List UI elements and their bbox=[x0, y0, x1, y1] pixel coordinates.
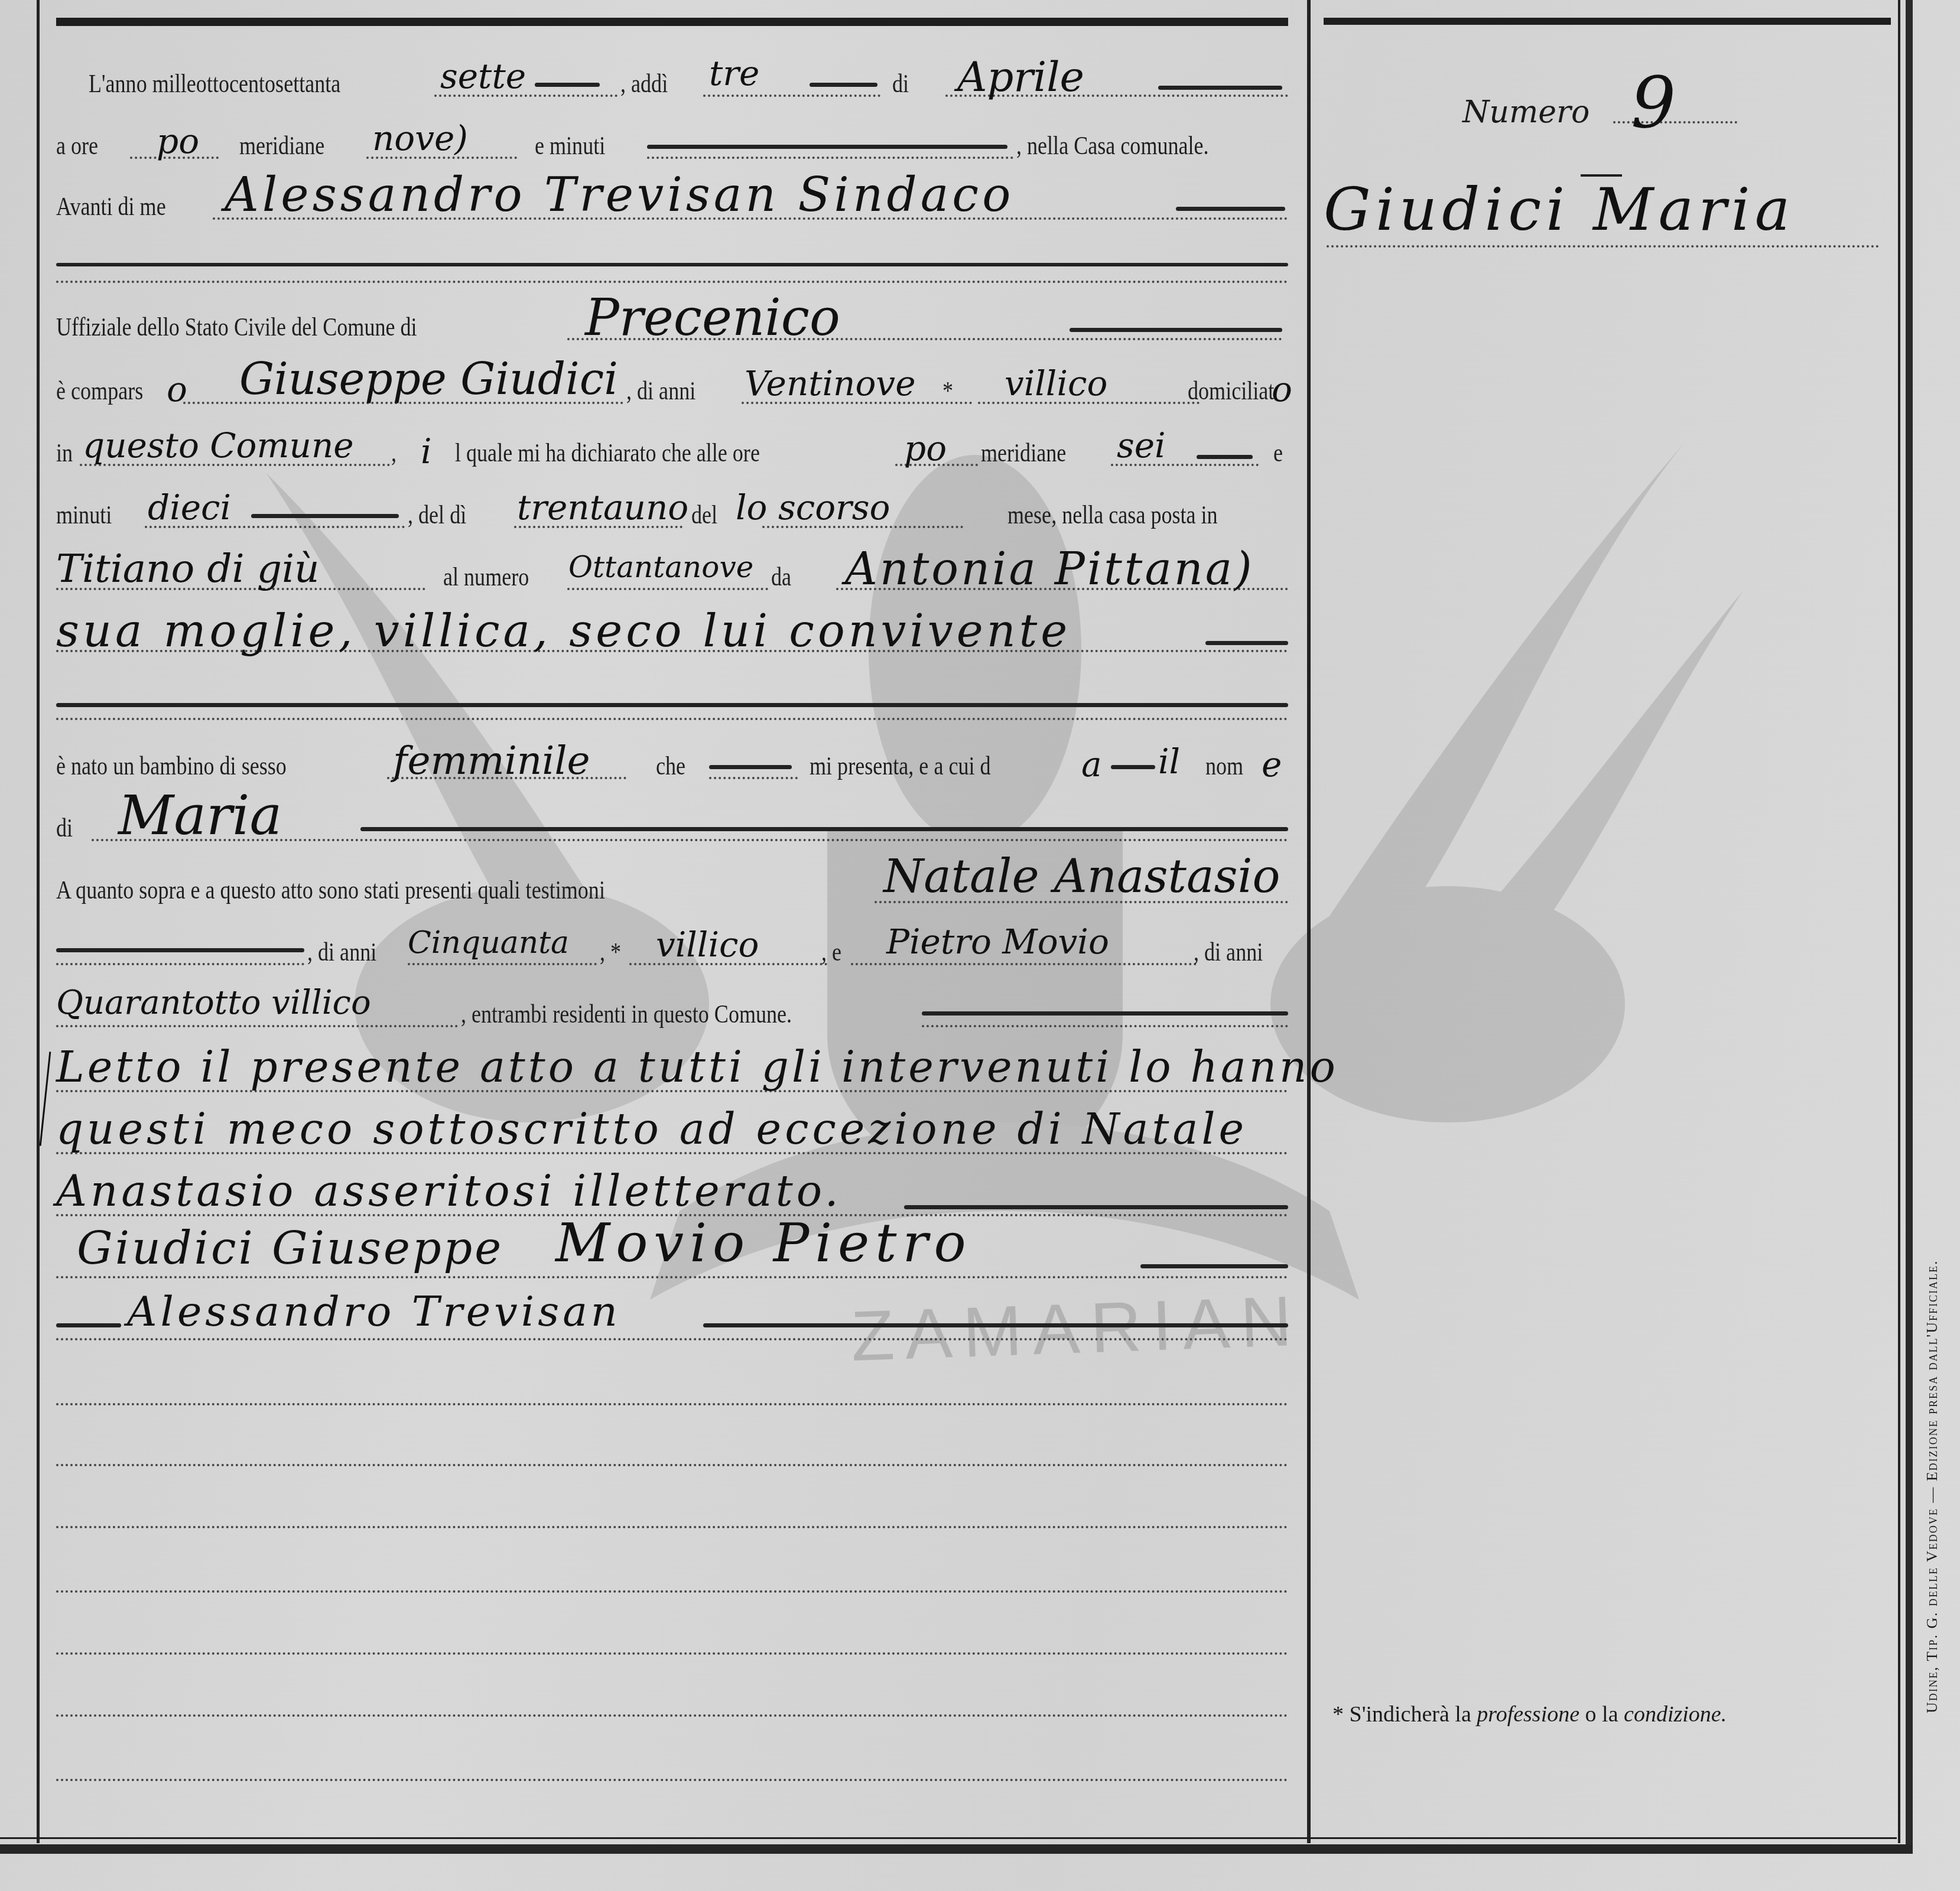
bottom-rule bbox=[0, 1844, 1913, 1854]
numero-label: Numero bbox=[1462, 95, 1590, 130]
handwritten-verb-ending: a bbox=[1081, 747, 1102, 782]
right-border-thin bbox=[1898, 0, 1900, 1843]
top-rule-right bbox=[1324, 18, 1891, 25]
filler-stroke bbox=[904, 1205, 1288, 1209]
printed-text: e bbox=[1273, 440, 1283, 466]
handwritten-age: Ventinove bbox=[745, 366, 915, 401]
filler-stroke bbox=[922, 1011, 1288, 1016]
printed-text: meridiane bbox=[981, 440, 1066, 466]
blank-line bbox=[56, 1526, 1288, 1528]
handwritten-birth-hour: sei bbox=[1117, 428, 1166, 463]
filler-stroke bbox=[535, 83, 600, 87]
handwritten-residence: questo Comune bbox=[83, 428, 354, 463]
printed-text: , di anni bbox=[307, 939, 376, 965]
printed-text: a ore bbox=[56, 133, 98, 159]
filler-stroke bbox=[360, 827, 1288, 831]
filler-stroke bbox=[1176, 207, 1285, 211]
blank-line bbox=[56, 1464, 1288, 1466]
handwritten-mother-name: Antonia Pittana) bbox=[845, 546, 1254, 591]
printed-text: al numero bbox=[443, 564, 529, 590]
handwritten-gender-ending: o bbox=[1272, 372, 1292, 406]
printed-text: è compars bbox=[56, 378, 143, 404]
handwritten-day: tre bbox=[709, 56, 759, 90]
fill-line bbox=[567, 588, 768, 590]
printed-text: che bbox=[656, 753, 685, 779]
printed-text: L'anno milleottocentosettanta bbox=[89, 71, 340, 97]
handwritten-closing-line-1: Letto il presente atto a tutti gli inter… bbox=[56, 1046, 1338, 1088]
filler-stroke bbox=[1140, 1264, 1288, 1268]
fill-line bbox=[56, 963, 304, 965]
blank-line bbox=[56, 1652, 1288, 1655]
printed-text: , e bbox=[821, 939, 841, 965]
handwritten-record-number: 9 bbox=[1631, 68, 1676, 139]
handwritten-child-name: Maria bbox=[118, 789, 282, 843]
handwritten-noun-ending: e bbox=[1262, 747, 1282, 782]
printed-text: , del dì bbox=[408, 502, 466, 528]
handwritten-witness-2: Pietro Movio bbox=[886, 925, 1109, 959]
handwritten-officer-name: Alessandro Trevisan Sindaco bbox=[225, 171, 1014, 219]
handwritten-birth-day: trentauno bbox=[517, 490, 688, 525]
handwritten-month: Aprile bbox=[957, 56, 1084, 97]
bottom-rule-thin bbox=[0, 1837, 1897, 1839]
fill-line bbox=[408, 963, 597, 965]
fill-line bbox=[56, 1276, 1288, 1278]
handwritten-mother-details: sua moglie, villica, seco lui convivente bbox=[56, 608, 1071, 653]
printed-text: , entrambi residenti in questo Comune. bbox=[461, 1001, 792, 1027]
filler-stroke bbox=[647, 145, 1007, 149]
fill-line bbox=[56, 1025, 458, 1027]
fill-line bbox=[56, 718, 1288, 720]
handwritten-municipality: Precenico bbox=[585, 292, 840, 343]
printed-text: A quanto sopra e a questo atto sono stat… bbox=[56, 877, 605, 903]
margin-bracket-stroke bbox=[40, 1052, 51, 1145]
printed-text: nom bbox=[1205, 753, 1243, 779]
filler-stroke bbox=[56, 263, 1288, 266]
filler-stroke bbox=[1111, 765, 1155, 769]
printed-text: domiciliat bbox=[1188, 378, 1274, 404]
handwritten-hour: nove) bbox=[372, 121, 468, 155]
handwritten-registrant-name: Giudici Maria bbox=[1324, 180, 1795, 239]
printed-text: di bbox=[56, 815, 73, 841]
handwritten-witness-1-age: Cinquanta bbox=[408, 927, 569, 958]
printer-imprint: Udine, Tip. G. delle Vedove — Edizione p… bbox=[1923, 1259, 1941, 1713]
filler-stroke bbox=[810, 83, 877, 87]
printed-text: mi presenta, e a cui d bbox=[810, 753, 991, 779]
handwritten-locality: Titiano di giù bbox=[56, 549, 320, 588]
printed-text: Avanti di me bbox=[56, 194, 166, 220]
printed-text: di bbox=[892, 71, 909, 97]
filler-stroke bbox=[251, 514, 399, 518]
handwritten-witness-1-occupation: villico bbox=[656, 927, 759, 962]
blank-line bbox=[56, 1403, 1288, 1405]
printed-text: Uffiziale dello Stato Civile del Comune … bbox=[56, 314, 417, 340]
blank-line bbox=[56, 1590, 1288, 1593]
footnote-middle: o la bbox=[1585, 1702, 1618, 1727]
printed-text: del bbox=[691, 502, 717, 528]
printed-text: l quale mi ha dichiarato che alle ore bbox=[455, 440, 760, 466]
handwritten-closing-line-2: questi meco sottoscritto ad eccezione di… bbox=[56, 1108, 1247, 1150]
footnote-condition: condizione. bbox=[1624, 1702, 1727, 1727]
footnote-asterisk: * bbox=[942, 378, 953, 404]
fill-line bbox=[703, 95, 880, 97]
signature-witness: Movio Pietro bbox=[555, 1217, 972, 1270]
fill-line bbox=[56, 1338, 1288, 1340]
handwritten-hour-period: po bbox=[904, 431, 947, 466]
fill-line bbox=[1327, 245, 1879, 248]
printed-text: , * bbox=[600, 939, 621, 965]
printed-text: minuti bbox=[56, 502, 112, 528]
filler-stroke bbox=[709, 765, 792, 769]
filler-stroke bbox=[1197, 455, 1253, 459]
handwritten-hour-period: po bbox=[157, 124, 199, 158]
handwritten-witness-1: Natale Anastasio bbox=[883, 854, 1280, 900]
printed-text: , bbox=[391, 440, 396, 466]
fill-line bbox=[922, 1025, 1288, 1027]
fill-line bbox=[709, 777, 798, 779]
birth-record-page: ZAMARIAN L'anno milleottocentosettanta s… bbox=[0, 0, 1960, 1891]
printed-text: mese, nella casa posta in bbox=[1007, 502, 1218, 528]
handwritten-sex: femminile bbox=[393, 741, 590, 780]
filler-stroke bbox=[703, 1323, 1288, 1327]
handwritten-declarant-name: Giuseppe Giudici bbox=[239, 357, 618, 401]
footnote-profession: professione bbox=[1477, 1702, 1579, 1727]
printed-text: in bbox=[56, 440, 73, 466]
column-divider bbox=[1307, 0, 1311, 1843]
filler-stroke bbox=[1158, 86, 1282, 90]
handwritten-occupation: villico bbox=[1005, 366, 1107, 401]
footnote: * S'indicherà la professione o la condiz… bbox=[1332, 1701, 1727, 1727]
printed-text: e minuti bbox=[535, 133, 605, 159]
handwritten-month-reference: lo scorso bbox=[736, 490, 890, 525]
watermark-text: ZAMARIAN bbox=[850, 1280, 1304, 1378]
printed-text: , di anni bbox=[626, 378, 695, 404]
handwritten-year: sette bbox=[440, 59, 526, 93]
signature-officer: Alessandro Trevisan bbox=[127, 1291, 621, 1332]
printed-text: , di anni bbox=[1194, 939, 1263, 965]
blank-line bbox=[56, 1779, 1288, 1781]
handwritten-witness-2-details: Quarantotto villico bbox=[56, 987, 371, 1020]
fill-line bbox=[762, 526, 963, 528]
left-border bbox=[37, 0, 40, 1843]
handwritten-birth-minutes: dieci bbox=[148, 490, 231, 525]
fill-line bbox=[647, 157, 1013, 159]
handwritten-closing-line-3: Anastasio asseritosi illetterato. bbox=[56, 1170, 842, 1212]
signature-declarant: Giudici Giuseppe bbox=[77, 1226, 503, 1271]
fill-line bbox=[56, 281, 1288, 283]
footnote-prefix: * S'indicherà la bbox=[1332, 1702, 1471, 1727]
handwritten-article: il bbox=[1158, 744, 1180, 779]
filler-stroke bbox=[56, 703, 1288, 707]
right-border-thick bbox=[1906, 0, 1913, 1849]
printed-text: , nella Casa comunale. bbox=[1016, 133, 1209, 159]
printed-text: , addì bbox=[620, 71, 668, 97]
filler-stroke bbox=[1205, 641, 1288, 645]
printed-text: da bbox=[771, 564, 791, 590]
filler-stroke bbox=[56, 1323, 121, 1327]
filler-stroke bbox=[1070, 328, 1282, 332]
handwritten-house-number: Ottantanove bbox=[568, 552, 753, 582]
printed-text: meridiane bbox=[239, 133, 324, 159]
filler-stroke bbox=[56, 948, 304, 952]
printed-text: è nato un bambino di sesso bbox=[56, 753, 287, 779]
fill-line bbox=[851, 963, 1197, 965]
blank-line bbox=[56, 1714, 1288, 1717]
top-rule-left bbox=[56, 18, 1288, 26]
handwritten-article-ending: i bbox=[421, 434, 432, 468]
